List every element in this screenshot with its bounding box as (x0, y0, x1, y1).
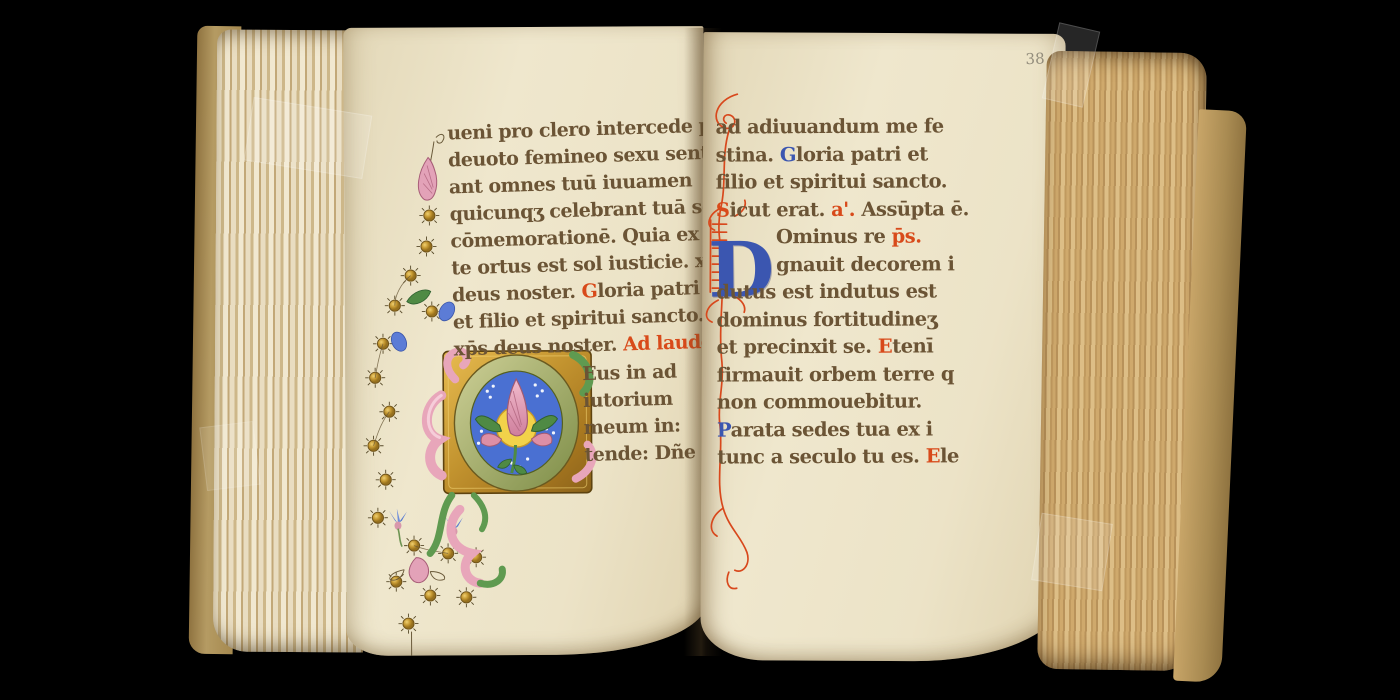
manuscript-text-line: Ominus re p̄s. (716, 222, 994, 251)
manuscript-text-line: firmauit orbem terre q (717, 360, 995, 389)
manuscript-text-line: dutus est indutus est (716, 277, 994, 306)
left-page: ueni pro clero intercede pdeuoto femineo… (343, 26, 706, 656)
photo-stage: ueni pro clero intercede pdeuoto femineo… (0, 0, 1400, 700)
manuscript-text-line: filio et spiritui sancto. (716, 167, 994, 196)
manuscript-text-line: Parata sedes tua ex i (717, 415, 995, 444)
manuscript-text-line: Sicut erat. a'. Assūpta ē. (716, 195, 994, 224)
manuscript-text-line: et precinxit se. Etenī (717, 332, 995, 361)
manuscript-text-line: non commouebitur. (717, 387, 995, 416)
folio-number: 38 (1025, 50, 1045, 69)
left-page-text: ueni pro clero intercede pdeuoto femineo… (447, 113, 710, 363)
right-page: D ad adiuuandum me festina. Gloria patri… (700, 32, 1065, 662)
conservation-strip (1031, 513, 1113, 591)
manuscript-text-line: ad adiuuandum me fe (715, 112, 993, 141)
manuscript-text-line: gnauit decorem i (716, 250, 994, 279)
manuscript-text-line: tunc a seculo tu es. Ele (717, 442, 995, 471)
manuscript-text-line: dominus fortitudineʒ (716, 305, 994, 334)
conservation-strip (199, 421, 260, 491)
illuminated-initial-D (415, 339, 601, 600)
manuscript-text-line: stina. Gloria patri et (715, 140, 993, 169)
right-page-text: ad adiuuandum me festina. Gloria patri e… (715, 112, 995, 471)
